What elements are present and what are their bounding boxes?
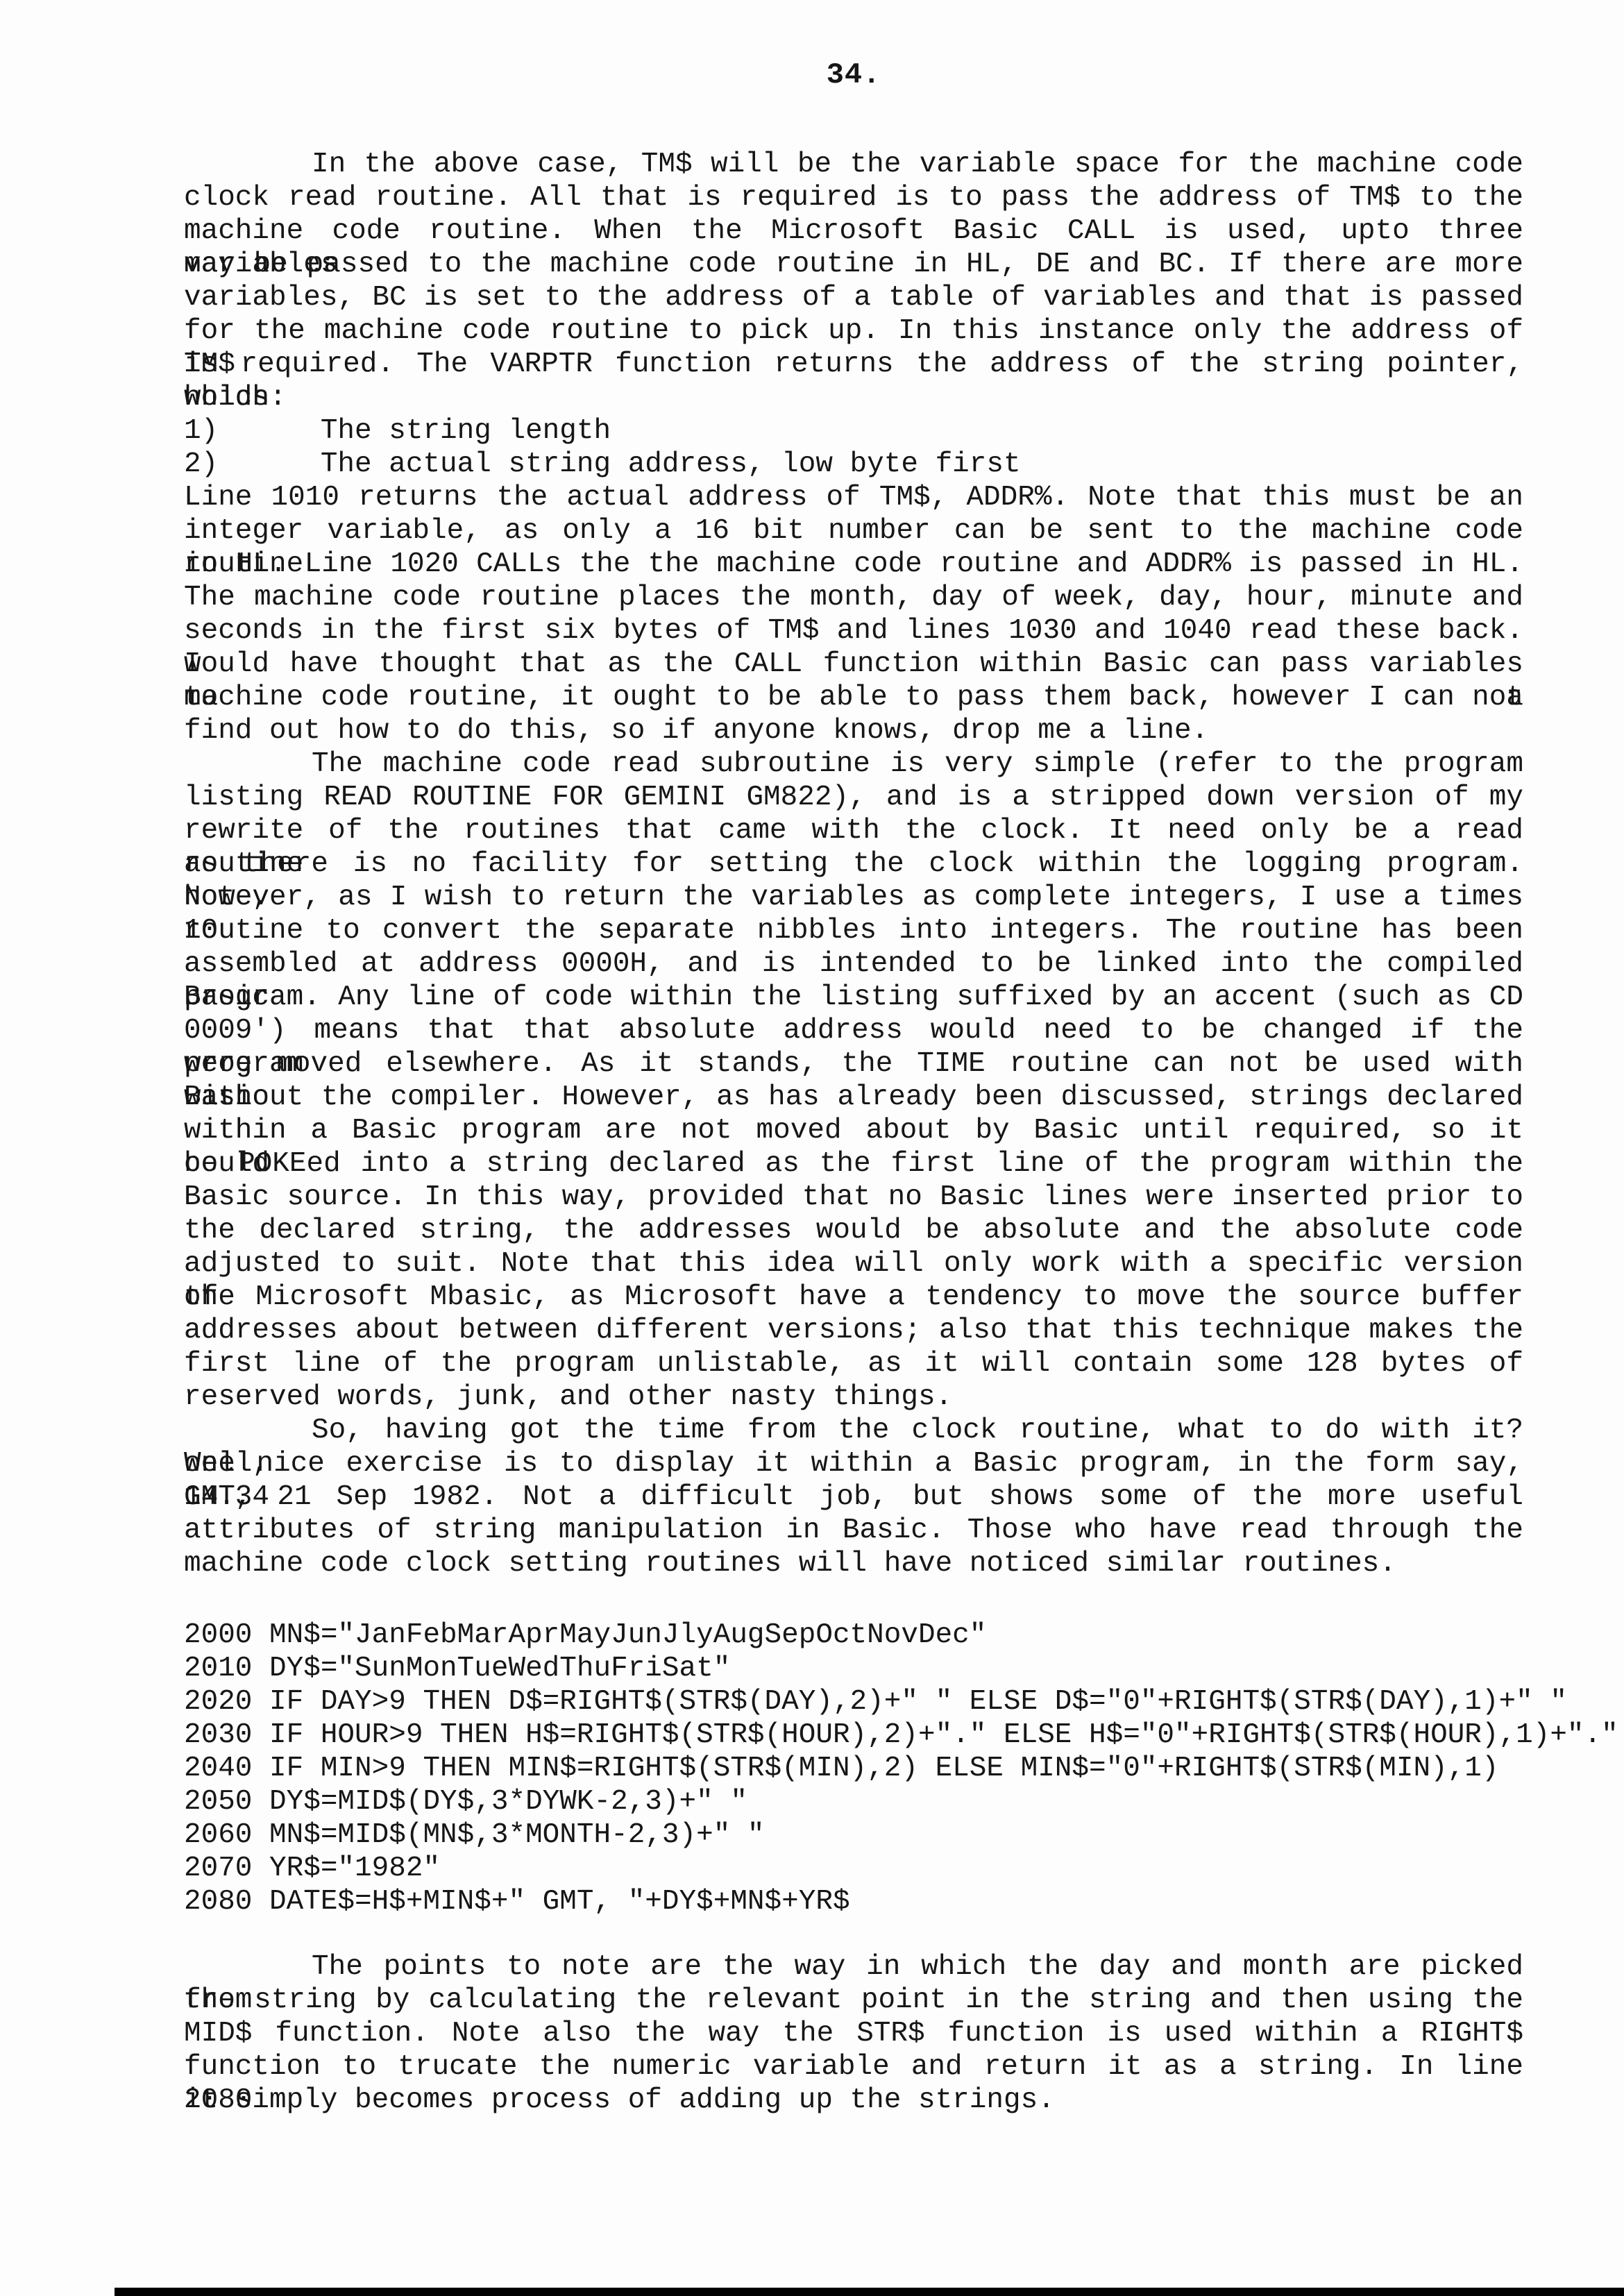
code-listing: 2000 MN$="JanFebMarAprMayJunJlyAugSepOct… [184, 1619, 1523, 1918]
text-line: attributes of string manipulation in Bas… [184, 1514, 1523, 1547]
text-line: within a Basic program are not moved abo… [184, 1114, 1523, 1147]
paragraph-3: The machine code read subroutine is very… [184, 748, 1523, 1414]
paragraph-2: Line 1010 returns the actual address of … [184, 481, 1523, 748]
text-line: machine code routine, it ought to be abl… [184, 681, 1523, 714]
text-line: it simply becomes process of adding up t… [184, 2084, 1523, 2117]
text-line: variables, BC is set to the address of a… [184, 281, 1523, 314]
code-line: 2000 MN$="JanFebMarAprMayJunJlyAugSepOct… [184, 1619, 1523, 1652]
paragraph-1: In the above case, TM$ will be the varia… [184, 148, 1523, 414]
text-line: In the above case, TM$ will be the varia… [184, 148, 1523, 181]
text-line: listing READ ROUTINE FOR GEMINI GM822), … [184, 781, 1523, 814]
text-line: the Microsoft Mbasic, as Microsoft have … [184, 1281, 1523, 1314]
list-item: 2) The actual string address, low byte f… [184, 448, 1523, 481]
scanned-page: 34. In the above case, TM$ will be the v… [0, 0, 1624, 2296]
text-line: reserved words, junk, and other nasty th… [184, 1381, 1523, 1414]
text-line: one nice exercise is to display it withi… [184, 1447, 1523, 1480]
page-number: 34. [184, 58, 1523, 92]
text-line: in HL. Line 1020 CALLs the the machine c… [184, 548, 1523, 581]
text-line: holds: [184, 381, 1523, 414]
text-line: Line 1010 returns the actual address of … [184, 481, 1523, 514]
text-line: as there is no facility for setting the … [184, 847, 1523, 881]
text-line: is required. The VARPTR function returns… [184, 348, 1523, 381]
text-line: without the compiler. However, as has al… [184, 1081, 1523, 1114]
text-line: rewrite of the routines that came with t… [184, 814, 1523, 847]
text-line: addresses about between different versio… [184, 1314, 1523, 1347]
scan-edge-artifact [115, 2288, 1624, 2296]
numbered-list: 1) The string length2) The actual string… [184, 414, 1523, 481]
text-line: be POKEed into a string declared as the … [184, 1147, 1523, 1181]
text-line: integer variable, as only a 16 bit numbe… [184, 514, 1523, 548]
code-line: 2050 DY$=MID$(DY$,3*DYWK-2,3)+" " [184, 1785, 1523, 1818]
text-line: first line of the program unlistable, as… [184, 1347, 1523, 1381]
text-line: machine code clock setting routines will… [184, 1547, 1523, 1580]
code-line: 2040 IF MIN>9 THEN MIN$=RIGHT$(STR$(MIN)… [184, 1752, 1523, 1785]
text-line: clock read routine. All that is required… [184, 181, 1523, 214]
text-line: Basic source. In this way, provided that… [184, 1181, 1523, 1214]
text-line: were moved elsewhere. As it stands, the … [184, 1047, 1523, 1081]
text-line: assembled at address 0000H, and is inten… [184, 947, 1523, 981]
text-line: The points to note are the way in which … [184, 1950, 1523, 1984]
text-line: The machine code read subroutine is very… [184, 748, 1523, 781]
document-body: In the above case, TM$ will be the varia… [184, 148, 1523, 2117]
paragraph-4: So, having got the time from the clock r… [184, 1414, 1523, 1580]
code-line: 2060 MN$=MID$(MN$,3*MONTH-2,3)+" " [184, 1818, 1523, 1852]
text-line: program. Any line of code within the lis… [184, 981, 1523, 1014]
text-line: machine code routine. When the Microsoft… [184, 214, 1523, 248]
text-line: 0009') means that that absolute address … [184, 1014, 1523, 1047]
text-line: find out how to do this, so if anyone kn… [184, 714, 1523, 748]
text-line: the declared string, the addresses would… [184, 1214, 1523, 1247]
text-line: The machine code routine places the mont… [184, 581, 1523, 614]
text-line: would have thought that as the CALL func… [184, 648, 1523, 681]
text-line: function to trucate the numeric variable… [184, 2050, 1523, 2084]
text-line: the string by calculating the relevant p… [184, 1984, 1523, 2017]
code-line: 2080 DATE$=H$+MIN$+" GMT, "+DY$+MN$+YR$ [184, 1885, 1523, 1918]
code-line: 2030 IF HOUR>9 THEN H$=RIGHT$(STR$(HOUR)… [184, 1719, 1523, 1752]
text-line: for the machine code routine to pick up.… [184, 314, 1523, 348]
text-line: may be passed to the machine code routin… [184, 248, 1523, 281]
list-item: 1) The string length [184, 414, 1523, 448]
text-line: seconds in the first six bytes of TM$ an… [184, 614, 1523, 648]
code-line: 2010 DY$="SunMonTueWedThuFriSat" [184, 1652, 1523, 1685]
text-line: MID$ function. Note also the way the STR… [184, 2017, 1523, 2050]
text-line: So, having got the time from the clock r… [184, 1414, 1523, 1447]
paragraph-5: The points to note are the way in which … [184, 1950, 1523, 2117]
text-line: however, as I wish to return the variabl… [184, 881, 1523, 914]
text-line: routine to convert the separate nibbles … [184, 914, 1523, 947]
text-line: GMT, 21 Sep 1982. Not a difficult job, b… [184, 1480, 1523, 1514]
code-line: 2020 IF DAY>9 THEN D$=RIGHT$(STR$(DAY),2… [184, 1685, 1523, 1719]
text-line: adjusted to suit. Note that this idea wi… [184, 1247, 1523, 1281]
code-line: 2070 YR$="1982" [184, 1852, 1523, 1885]
